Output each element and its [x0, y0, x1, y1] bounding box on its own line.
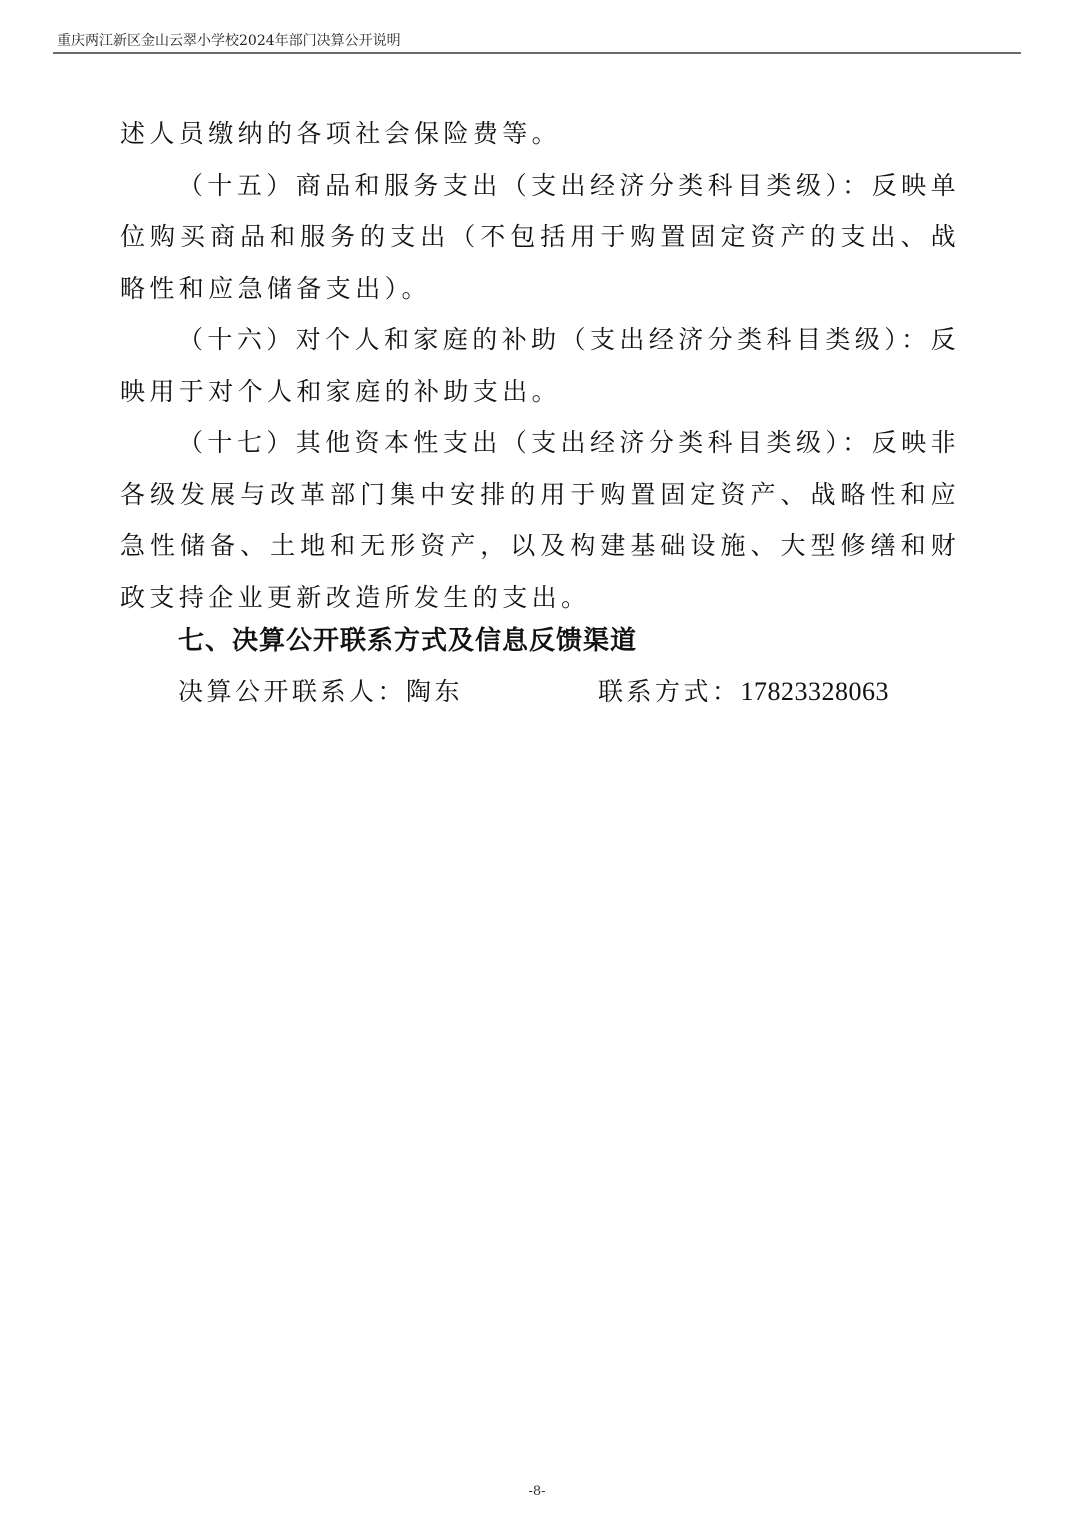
contact-person: 陶东	[406, 677, 463, 706]
document-body: 述人员缴纳的各项社会保险费等。 （十五）商品和服务支出（支出经济分类科目类级）：…	[120, 108, 960, 623]
paragraph-item-16: （十六）对个人和家庭的补助（支出经济分类科目类级）：反映用于对个人和家庭的补助支…	[120, 314, 960, 417]
paragraph-item-15: （十五）商品和服务支出（支出经济分类科目类级）：反映单位购买商品和服务的支出（不…	[120, 160, 960, 315]
contact-line: 决算公开联系人：陶东 联系方式：17823328063	[178, 672, 463, 712]
page-number: -8-	[0, 1484, 1074, 1499]
contact-person-label: 决算公开联系人：	[178, 677, 406, 706]
section-heading: 七、决算公开联系方式及信息反馈渠道	[178, 620, 637, 657]
contact-phone: 17823328063	[741, 677, 890, 706]
document-header-title: 重庆两江新区金山云翠小学校2024年部门决算公开说明	[57, 30, 401, 50]
paragraph-continuation: 述人员缴纳的各项社会保险费等。	[120, 108, 960, 160]
header-divider	[53, 52, 1021, 54]
paragraph-item-17: （十七）其他资本性支出（支出经济分类科目类级）：反映非各级发展与改革部门集中安排…	[120, 417, 960, 623]
contact-method-label: 联系方式：	[598, 677, 741, 706]
